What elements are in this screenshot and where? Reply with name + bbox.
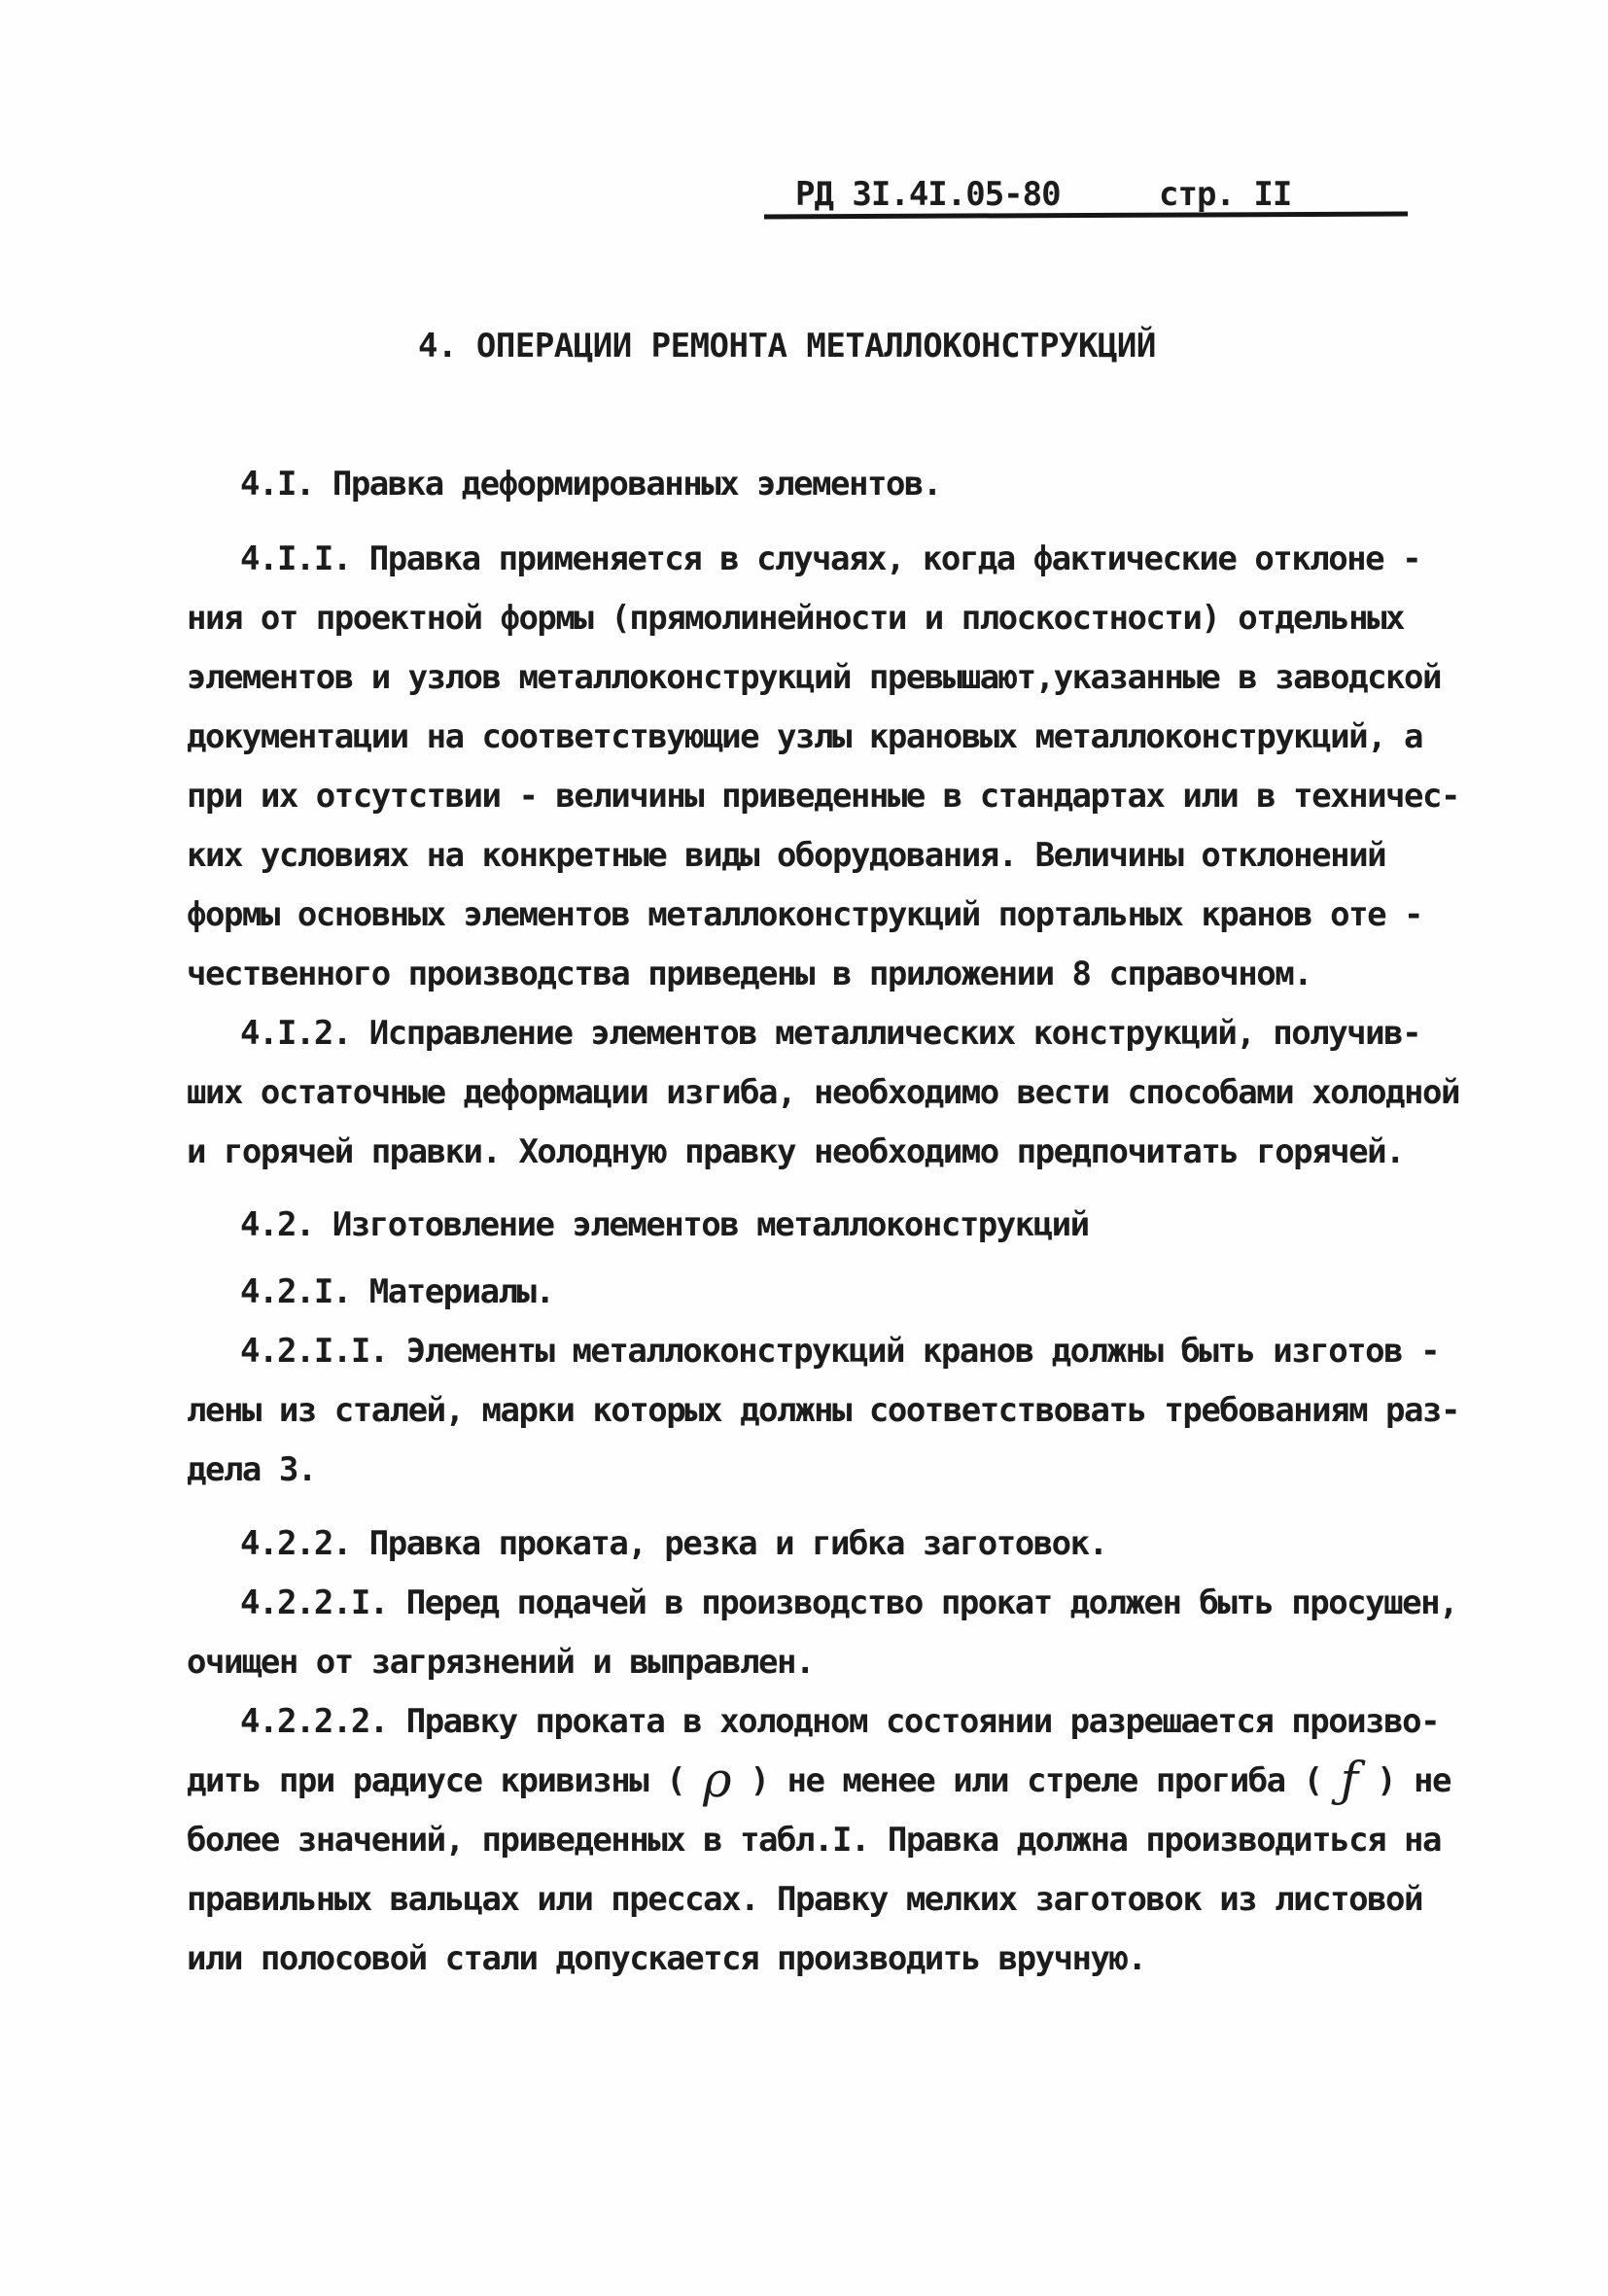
text-line: 4.I.I. Правка применяется в случаях, ког… — [187, 530, 1509, 589]
text-line: 4.I.2. Исправление элементов металлическ… — [187, 1004, 1509, 1063]
text-segment: дить при радиусе кривизны ( — [187, 1761, 703, 1800]
text-line: очищен от загрязнений и выправлен. — [187, 1633, 1509, 1692]
para-4-1-2: 4.I.2. Исправление элементов металлическ… — [187, 1004, 1509, 1182]
text-line: 4.I. Правка деформированных элементов. — [187, 455, 1509, 514]
text-line: более значений, приведенных в табл.I. Пр… — [187, 1811, 1509, 1870]
text-line: чественного производства приведены в при… — [187, 945, 1509, 1004]
text-line: ния от проектной формы (прямолинейности … — [187, 589, 1509, 648]
text-line: элементов и узлов металлоконструкций пре… — [187, 648, 1509, 708]
text-line: и горячей правки. Холодную правку необхо… — [187, 1123, 1509, 1182]
text-line: 4.2.I.I. Элементы металлоконструкций кра… — [187, 1322, 1509, 1381]
text-line: 4.2. Изготовление элементов металлоконст… — [187, 1196, 1509, 1255]
header-page-number: стр. II — [1159, 175, 1291, 214]
text-line: ших остаточные деформации изгиба, необхо… — [187, 1063, 1509, 1123]
para-4-1: 4.I. Правка деформированных элементов. — [187, 455, 1509, 514]
text-line: ких условиях на конкретные виды оборудов… — [187, 826, 1509, 886]
document-body: 4.I. Правка деформированных элементов.4.… — [187, 455, 1509, 1989]
text-line: 4.2.2. Правка проката, резка и гибка заг… — [187, 1514, 1509, 1574]
para-4-2-2-1: 4.2.2.I. Перед подачей в производство пр… — [187, 1574, 1509, 1692]
text-line: документации на соответствующие узлы кра… — [187, 708, 1509, 767]
header-doc-number: РД 3I.4I.05-80 — [795, 175, 1061, 214]
text-line: лены из сталей, марки которых должны соо… — [187, 1381, 1509, 1441]
text-line: дела 3. — [187, 1441, 1509, 1500]
text-line: при их отсутствии - величины приведенные… — [187, 767, 1509, 826]
para-4-1-1: 4.I.I. Правка применяется в случаях, ког… — [187, 530, 1509, 1004]
text-line: или полосовой стали допускается производ… — [187, 1930, 1509, 1989]
text-line: правильных вальцах или прессах. Правку м… — [187, 1870, 1509, 1930]
text-segment: ) не — [1358, 1761, 1451, 1800]
text-line: 4.2.2.I. Перед подачей в производство пр… — [187, 1574, 1509, 1633]
section-title: 4. ОПЕРАЦИИ РЕМОНТА МЕТАЛЛОКОНСТРУКЦИЙ — [418, 327, 1156, 365]
text-segment: ) не менее или стреле прогиба ( — [732, 1761, 1341, 1800]
para-4-2-2: 4.2.2. Правка проката, резка и гибка заг… — [187, 1514, 1509, 1574]
text-line: дить при радиусе кривизны ( ρ ) не менее… — [187, 1752, 1509, 1811]
scanned-document-page: РД 3I.4I.05-80 стр. II 4. ОПЕРАЦИИ РЕМОН… — [0, 0, 1608, 2296]
text-line: 4.2.I. Материалы. — [187, 1263, 1509, 1322]
text-line: 4.2.2.2. Правку проката в холодном состо… — [187, 1692, 1509, 1752]
para-4-2: 4.2. Изготовление элементов металлоконст… — [187, 1196, 1509, 1255]
text-line: формы основных элементов металлоконструк… — [187, 886, 1509, 945]
para-4-2-1-1: 4.2.I.I. Элементы металлоконструкций кра… — [187, 1322, 1509, 1500]
para-4-2-2-2: 4.2.2.2. Правку проката в холодном состо… — [187, 1692, 1509, 1989]
para-4-2-1: 4.2.I. Материалы. — [187, 1263, 1509, 1322]
